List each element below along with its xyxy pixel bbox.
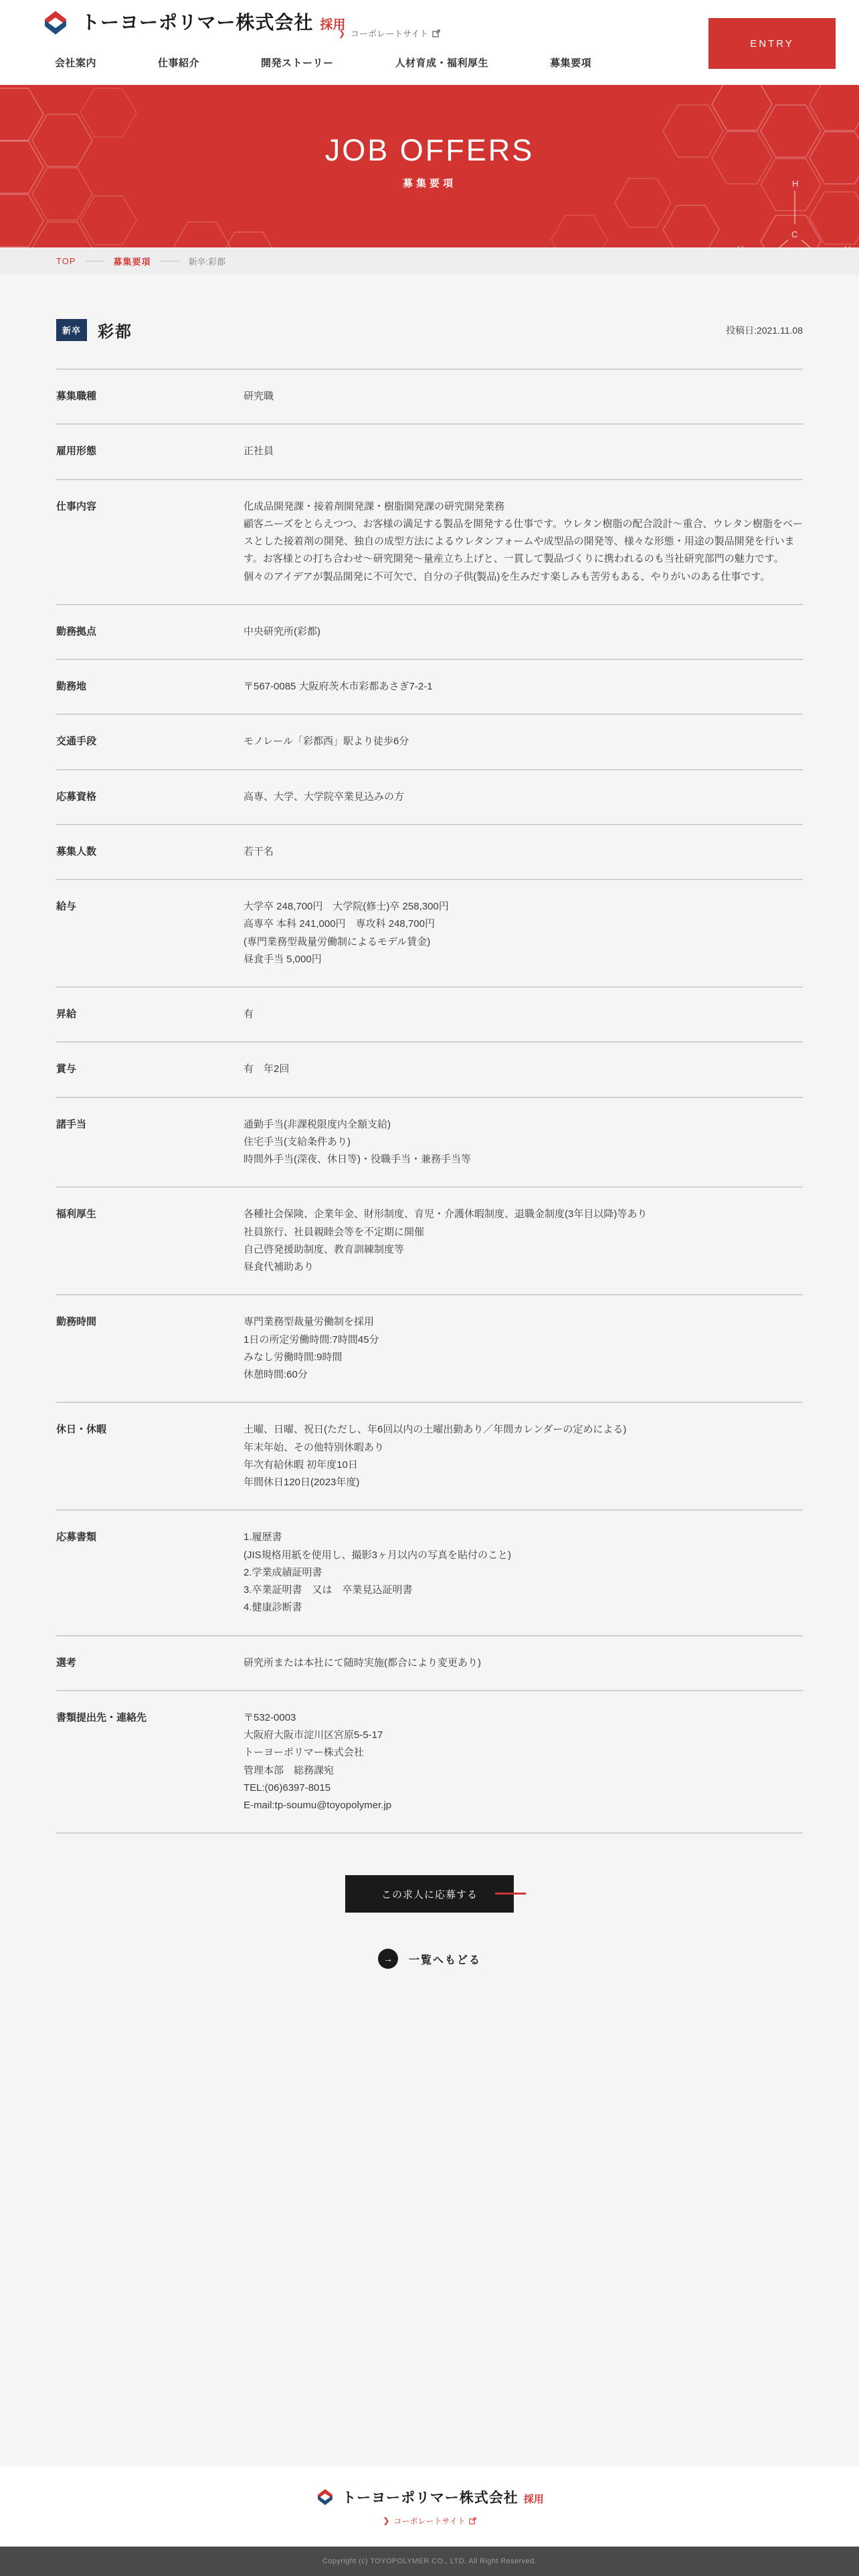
back-to-list-label: 一覧へもどる <box>409 1951 481 1967</box>
breadcrumb-separator <box>161 261 179 261</box>
job-row: 募集人数 若干名 <box>56 824 803 879</box>
posted-date: 投稿日:2021.11.08 <box>726 324 803 337</box>
job-field-value-line: トーヨーポリマー株式会社 <box>244 1744 803 1761</box>
entry-button[interactable]: ENTRY <box>708 18 836 69</box>
svg-text:H: H <box>737 244 743 247</box>
corporate-site-label: コーポレートサイト <box>393 2515 465 2527</box>
job-field-value: 大学卒 248,700円 大学院(修士)卒 258,300円高専卒 本科 241… <box>244 898 803 968</box>
corporate-site-link[interactable]: ❯ コーポレートサイト <box>339 27 440 39</box>
main-content: 新卒 彩都 投稿日:2021.11.08 募集職種 研究職 雇用形態 正社員 仕… <box>0 274 859 2466</box>
job-field-value: 高専、大学、大学院卒業見込みの方 <box>244 788 803 806</box>
arrow-right-circle-icon: → <box>378 1949 398 1969</box>
job-field-value-line: 1日の所定労働時間:7時間45分 <box>244 1331 803 1349</box>
apply-button[interactable]: この求人に応募する <box>345 1875 514 1913</box>
job-row: 昇給 有 <box>56 986 803 1041</box>
job-field-value-line: 研究職 <box>244 388 803 405</box>
job-field-value-line: みなし労働時間:9時間 <box>244 1349 803 1366</box>
header-logo[interactable]: トーヨーポリマー株式会社 採用 <box>41 8 345 37</box>
job-field-value: 有 <box>244 1006 803 1023</box>
chevron-right-icon: ❯ <box>339 29 345 38</box>
job-field-value: 化成品開発課・接着剤開発課・樹脂開発課の研究開発業務顧客ニーズをとらえつつ、お客… <box>244 498 803 586</box>
breadcrumb-current: 新卒:彩都 <box>189 255 226 267</box>
job-field-value: モノレール「彩都西」駅より徒歩6分 <box>244 733 803 750</box>
job-row: 勤務時間 専門業務型裁量労働制を採用1日の所定労働時間:7時間45分みなし労働時… <box>56 1294 803 1402</box>
job-row: 書類提出先・連絡先 〒532-0003大阪府大阪市淀川区宮原5-5-17トーヨー… <box>56 1690 803 1833</box>
job-field-value-line: 〒532-0003 <box>244 1709 803 1727</box>
job-field-value-line: 専門業務型裁量労働制を採用 <box>244 1313 803 1331</box>
job-field-value-line: 3.卒業証明書 又は 卒業見込証明書 <box>244 1582 803 1599</box>
job-field-label: 募集人数 <box>56 843 244 861</box>
job-row: 賞与 有 年2回 <box>56 1041 803 1096</box>
job-field-value-line: 高専卒 本科 241,000円 専攻科 248,700円 <box>244 916 803 933</box>
job-field-value: 有 年2回 <box>244 1061 803 1078</box>
back-to-list-link[interactable]: → 一覧へもどる <box>56 1949 803 1969</box>
nav-item[interactable]: 会社案内 <box>55 56 96 70</box>
job-field-value: 通勤手当(非課税限度内全額支給)住宅手当(支給条件あり)時間外手当(深夜、休日等… <box>244 1116 803 1169</box>
logo-icon <box>41 8 70 37</box>
main-nav: 会社案内 仕事紹介 開発ストーリー 人材育成・福利厚生 募集要項 <box>55 56 591 70</box>
job-field-label: 交通手段 <box>56 733 244 750</box>
copyright-text: Copyright (c) TOYOPOLYMER CO., LTD. All … <box>322 2557 537 2565</box>
job-field-label: 応募書類 <box>56 1529 244 1616</box>
job-field-label: 雇用形態 <box>56 443 244 460</box>
company-name: トーヨーポリマー株式会社 <box>81 8 313 35</box>
job-row: 福利厚生 各種社会保険、企業年金、財形制度、育児・介護休暇制度、退職金制度(3年… <box>56 1186 803 1294</box>
job-field-label: 昇給 <box>56 1006 244 1023</box>
page-subtitle: 募集要項 <box>0 176 859 190</box>
job-row: 勤務拠点 中央研究所(彩都) <box>56 604 803 659</box>
job-field-value-line: 研究所または本社にて随時実施(都合により変更あり) <box>244 1654 803 1672</box>
nav-item[interactable]: 仕事紹介 <box>158 56 199 70</box>
external-link-icon <box>432 29 440 37</box>
job-field-label: 賞与 <box>56 1061 244 1078</box>
job-field-value-line: (JIS規格用紙を使用し、撮影3ヶ月以内の写真を貼付のこと) <box>244 1547 803 1564</box>
job-row: 休日・休暇 土曜、日曜、祝日(ただし、年6回以内の土曜出勤あり／年間カレンダーの… <box>56 1402 803 1509</box>
job-field-value-line: 1.履歴書 <box>244 1529 803 1546</box>
page-title: JOB OFFERS <box>0 85 859 168</box>
job-field-value-line: 4.健康診断書 <box>244 1599 803 1616</box>
breadcrumb-separator <box>86 261 104 261</box>
logo-icon <box>315 2487 335 2507</box>
site-footer: トーヨーポリマー株式会社 採用 ❯ コーポレートサイト Copyright (c… <box>0 2466 859 2576</box>
job-field-value-line: 化成品開発課・接着剤開発課・樹脂開発課の研究開発業務 <box>244 498 803 516</box>
job-field-value-line: 大学卒 248,700円 大学院(修士)卒 258,300円 <box>244 898 803 916</box>
job-field-value: 各種社会保険、企業年金、財形制度、育児・介護休暇制度、退職金制度(3年目以降)等… <box>244 1206 803 1276</box>
apply-button-label: この求人に応募する <box>381 1887 478 1901</box>
job-field-value: 〒567-0085 大阪府茨木市彩都あさぎ7-2-1 <box>244 678 803 695</box>
job-field-label: 勤務地 <box>56 678 244 695</box>
footer-corporate-site-link[interactable]: ❯ コーポレートサイト <box>383 2515 476 2527</box>
hero-banner: H C C C H H O O H JOB OFFERS 募集要項 <box>0 85 859 247</box>
job-field-value-line: 自己啓発援助制度、教育訓練制度等 <box>244 1241 803 1259</box>
job-field-label: 選考 <box>56 1654 244 1672</box>
job-field-value-line: 年間休日120日(2023年度) <box>244 1474 803 1491</box>
breadcrumb-link-section[interactable]: 募集要項 <box>114 255 151 267</box>
job-detail-table: 募集職種 研究職 雇用形態 正社員 仕事内容 化成品開発課・接着剤開発課・樹脂開… <box>56 368 803 1834</box>
external-link-icon <box>469 2517 476 2525</box>
company-name: トーヨーポリマー株式会社 <box>342 2487 518 2507</box>
nav-item[interactable]: 人材育成・福利厚生 <box>395 56 489 70</box>
job-field-value-line: 若干名 <box>244 843 803 861</box>
job-field-label: 福利厚生 <box>56 1206 244 1276</box>
nav-item[interactable]: 開発ストーリー <box>261 56 334 70</box>
job-field-value-line: 有 <box>244 1006 803 1023</box>
job-field-value-line: 年末年始、その他特別休暇あり <box>244 1439 803 1457</box>
job-field-value-line: 大阪府大阪市淀川区宮原5-5-17 <box>244 1727 803 1744</box>
job-field-value-line: TEL:(06)6397-8015 <box>244 1780 803 1797</box>
job-field-value-line: 土曜、日曜、祝日(ただし、年6回以内の土曜出勤あり／年間カレンダーの定めによる) <box>244 1421 803 1438</box>
job-field-value-line: 中央研究所(彩都) <box>244 623 803 641</box>
job-field-value-line: モノレール「彩都西」駅より徒歩6分 <box>244 733 803 750</box>
chevron-right-icon: ❯ <box>383 2516 389 2525</box>
job-field-value-line: 2.学業成績証明書 <box>244 1564 803 1582</box>
job-field-value-line: 管理本部 総務課宛 <box>244 1762 803 1780</box>
job-field-label: 仕事内容 <box>56 498 244 586</box>
job-row: 諸手当 通勤手当(非課税限度内全額支給)住宅手当(支給条件あり)時間外手当(深夜… <box>56 1097 803 1187</box>
job-field-value-line: 通勤手当(非課税限度内全額支給) <box>244 1116 803 1134</box>
job-field-label: 給与 <box>56 898 244 968</box>
job-field-value-line: 昼食代補助あり <box>244 1259 803 1276</box>
nav-item[interactable]: 募集要項 <box>550 56 591 70</box>
job-field-value-line: 年次有給休暇 初年度10日 <box>244 1457 803 1474</box>
svg-text:C: C <box>791 229 797 239</box>
job-field-value-line: 各種社会保険、企業年金、財形制度、育児・介護休暇制度、退職金制度(3年目以降)等… <box>244 1206 803 1223</box>
job-row: 応募書類 1.履歴書(JIS規格用紙を使用し、撮影3ヶ月以内の写真を貼付のこと)… <box>56 1509 803 1634</box>
job-field-label: 応募資格 <box>56 788 244 806</box>
job-field-label: 書類提出先・連絡先 <box>56 1709 244 1815</box>
site-header: トーヨーポリマー株式会社 採用 ❯ コーポレートサイト ENTRY 会社案内 仕… <box>0 0 859 85</box>
job-field-value: 正社員 <box>244 443 803 460</box>
job-field-label: 休日・休暇 <box>56 1421 244 1491</box>
job-field-value: 研究職 <box>244 388 803 405</box>
job-field-value-line: 正社員 <box>244 443 803 460</box>
job-row: 選考 研究所または本社にて随時実施(都合により変更あり) <box>56 1635 803 1690</box>
job-row: 勤務地 〒567-0085 大阪府茨木市彩都あさぎ7-2-1 <box>56 659 803 714</box>
job-field-value-line: 高専、大学、大学院卒業見込みの方 <box>244 788 803 806</box>
job-field-value-line: 有 年2回 <box>244 1061 803 1078</box>
job-field-value-line: 〒567-0085 大阪府茨木市彩都あさぎ7-2-1 <box>244 678 803 695</box>
job-field-value-line: (専門業務型裁量労働制によるモデル賃金) <box>244 934 803 951</box>
job-title: 彩都 <box>98 318 132 342</box>
job-header: 新卒 彩都 投稿日:2021.11.08 <box>56 274 803 342</box>
job-field-label: 勤務時間 <box>56 1313 244 1384</box>
job-row: 雇用形態 正社員 <box>56 423 803 478</box>
job-row: 募集職種 研究職 <box>56 368 803 423</box>
job-row: 応募資格 高専、大学、大学院卒業見込みの方 <box>56 769 803 824</box>
job-row: 仕事内容 化成品開発課・接着剤開発課・樹脂開発課の研究開発業務顧客ニーズをとらえ… <box>56 479 803 604</box>
job-field-value-line: 住宅手当(支給条件あり) <box>244 1134 803 1151</box>
breadcrumb-link-top[interactable]: TOP <box>56 256 76 266</box>
copyright-bar: Copyright (c) TOYOPOLYMER CO., LTD. All … <box>0 2547 859 2576</box>
job-field-value: 研究所または本社にて随時実施(都合により変更あり) <box>244 1654 803 1672</box>
job-field-value-line: 顧客ニーズをとらえつつ、お客様の満足する製品を開発する仕事です。ウレタン樹脂の配… <box>244 516 803 586</box>
red-dash-icon <box>495 1893 526 1895</box>
job-field-value-line: E-mail:tp-soumu@toyopolymer.jp <box>244 1797 803 1814</box>
job-row: 交通手段 モノレール「彩都西」駅より徒歩6分 <box>56 714 803 768</box>
job-field-value: 中央研究所(彩都) <box>244 623 803 641</box>
svg-text:H: H <box>844 244 850 247</box>
job-field-value-line: 時間外手当(深夜、休日等)・役職手当・兼務手当等 <box>244 1151 803 1168</box>
footer-logo[interactable]: トーヨーポリマー株式会社 採用 <box>315 2487 544 2507</box>
corporate-site-label: コーポレートサイト <box>351 27 428 39</box>
job-field-label: 勤務拠点 <box>56 623 244 641</box>
job-field-value: 1.履歴書(JIS規格用紙を使用し、撮影3ヶ月以内の写真を貼付のこと)2.学業成… <box>244 1529 803 1616</box>
breadcrumb: TOP 募集要項 新卒:彩都 <box>0 247 859 274</box>
job-row: 給与 大学卒 248,700円 大学院(修士)卒 258,300円高専卒 本科 … <box>56 879 803 986</box>
job-field-value-line: 休憩時間:60分 <box>244 1366 803 1384</box>
job-field-value: 土曜、日曜、祝日(ただし、年6回以内の土曜出勤あり／年間カレンダーの定めによる)… <box>244 1421 803 1491</box>
job-field-value: 〒532-0003大阪府大阪市淀川区宮原5-5-17トーヨーポリマー株式会社管理… <box>244 1709 803 1815</box>
job-field-label: 募集職種 <box>56 388 244 405</box>
job-field-value-line: 昼食手当 5,000円 <box>244 951 803 968</box>
job-field-value-line: 社員旅行、社員親睦会等を不定期に開催 <box>244 1224 803 1241</box>
recruit-label: 採用 <box>524 2492 544 2506</box>
job-field-label: 諸手当 <box>56 1116 244 1169</box>
status-badge: 新卒 <box>56 319 87 341</box>
job-field-value: 若干名 <box>244 843 803 861</box>
job-field-value: 専門業務型裁量労働制を採用1日の所定労働時間:7時間45分みなし労働時間:9時間… <box>244 1313 803 1384</box>
